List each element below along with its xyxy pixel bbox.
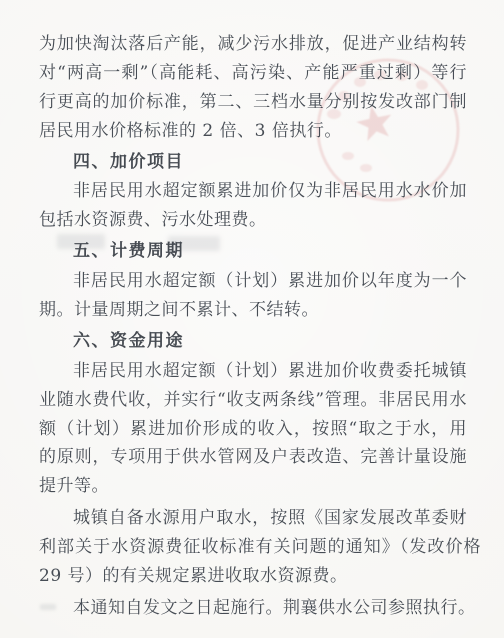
body-line: 29 号）的有关规定累进收取水资源费。 bbox=[39, 562, 467, 591]
body-line: 期。计量周期之间不累计、不结转。 bbox=[39, 296, 467, 325]
section-heading-4: 四、加价项目 bbox=[39, 148, 467, 177]
body-line: 为加快淘汰落后产能，减少污水排放，促进产业结构转型升级， bbox=[39, 30, 467, 59]
body-line: 非居民用水超定额（计划）累进加价收费委托城镇供水企 bbox=[39, 357, 467, 386]
body-line: 城镇自备水源用户取水，按照《国家发展改革委财政部水 bbox=[39, 504, 467, 533]
body-line: 对“两高一剩”（高能耗、高污染、产能严重过剩）等行业实 bbox=[39, 59, 467, 88]
scanned-notice-page: 为加快淘汰落后产能，减少污水排放，促进产业结构转型升级， 对“两高一剩”（高能耗… bbox=[0, 0, 504, 638]
section-heading-6: 六、资金用途 bbox=[39, 327, 467, 356]
body-line: 行更高的加价标准，第二、三档水量分别按发改部门制定的非 bbox=[39, 88, 467, 117]
document-body: 为加快淘汰落后产能，减少污水排放，促进产业结构转型升级， 对“两高一剩”（高能耗… bbox=[39, 30, 467, 623]
body-line: 非居民用水超定额（计划）累进加价以年度为一个计费周 bbox=[39, 267, 467, 296]
body-line: 非居民用水超定额累进加价仅为非居民用水水价加价，不 bbox=[39, 177, 467, 206]
body-line: 居民用水价格标准的 2 倍、3 倍执行。 bbox=[39, 117, 467, 146]
body-line: 利部关于水资源费征收标准有关问题的通知》（发改价格〔2013〕 bbox=[39, 533, 481, 562]
body-line: 本通知自发文之日起施行。荆襄供水公司参照执行。 bbox=[39, 594, 467, 623]
body-line: 提升等。 bbox=[39, 472, 467, 501]
body-line: 业随水费代收，并实行“收支两条线”管理。非居民用水超定 bbox=[39, 386, 467, 415]
section-heading-5: 五、计费周期 bbox=[39, 237, 467, 266]
body-line: 包括水资源费、污水处理费。 bbox=[39, 206, 467, 235]
body-line: 的原则，专项用于供水管网及户表改造、完善计量设施和水质 bbox=[39, 443, 467, 472]
body-line: 额（计划）累进加价形成的收入，按照“取之于水，用之于水” bbox=[39, 415, 467, 444]
